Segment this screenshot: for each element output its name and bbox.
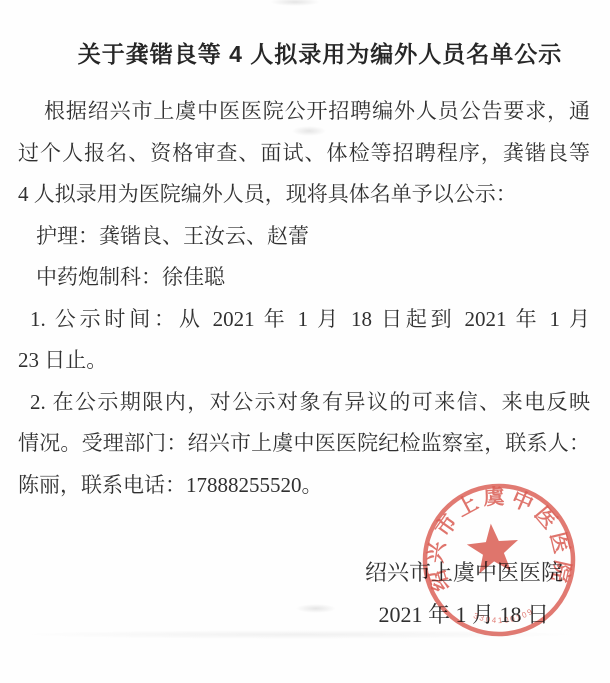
body-line: 根据绍兴市上虞中医医院公开招聘编外人员公告要求，通: [18, 91, 590, 133]
body-line: 23 日止。: [18, 340, 590, 382]
body-line: 4 人拟录用为医院编外人员，现将具体名单予以公示：: [18, 174, 590, 216]
signature-org: 绍兴市上虞中医医院: [0, 552, 610, 594]
body-line-nursing-list: 护理：龚锴良、王汝云、赵蕾: [18, 216, 590, 258]
body-line-publicity-period: 1. 公示时间：从 2021 年 1 月 18 日起到 2021 年 1 月: [18, 299, 590, 341]
body-line: 情况。受理部门：绍兴市上虞中医医院纪检监察室，联系人：: [18, 423, 590, 465]
body-line-contact-phone: 陈丽，联系电话：17888255520。: [18, 465, 590, 507]
signature-block: 绍兴市上虞中医医院 2021 年 1 月 18 日: [0, 552, 610, 635]
body-line: 过个人报名、资格审查、面试、体检等招聘程序，龚锴良等: [18, 133, 590, 175]
document-body: 根据绍兴市上虞中医医院公开招聘编外人员公告要求，通 过个人报名、资格审查、面试、…: [0, 91, 610, 506]
announcement-document: 关于龚锴良等 4 人拟录用为编外人员名单公示 根据绍兴市上虞中医医院公开招聘编外…: [0, 0, 610, 683]
page-title: 关于龚锴良等 4 人拟录用为编外人员名单公示: [0, 36, 610, 72]
paper-smudge: [270, 0, 320, 6]
signature-date: 2021 年 1 月 18 日: [0, 594, 610, 636]
body-line-objection-notice: 2. 在公示期限内，对公示对象有异议的可来信、来电反映: [18, 382, 590, 424]
body-line-pharmacy-list: 中药炮制科：徐佳聪: [18, 257, 590, 299]
